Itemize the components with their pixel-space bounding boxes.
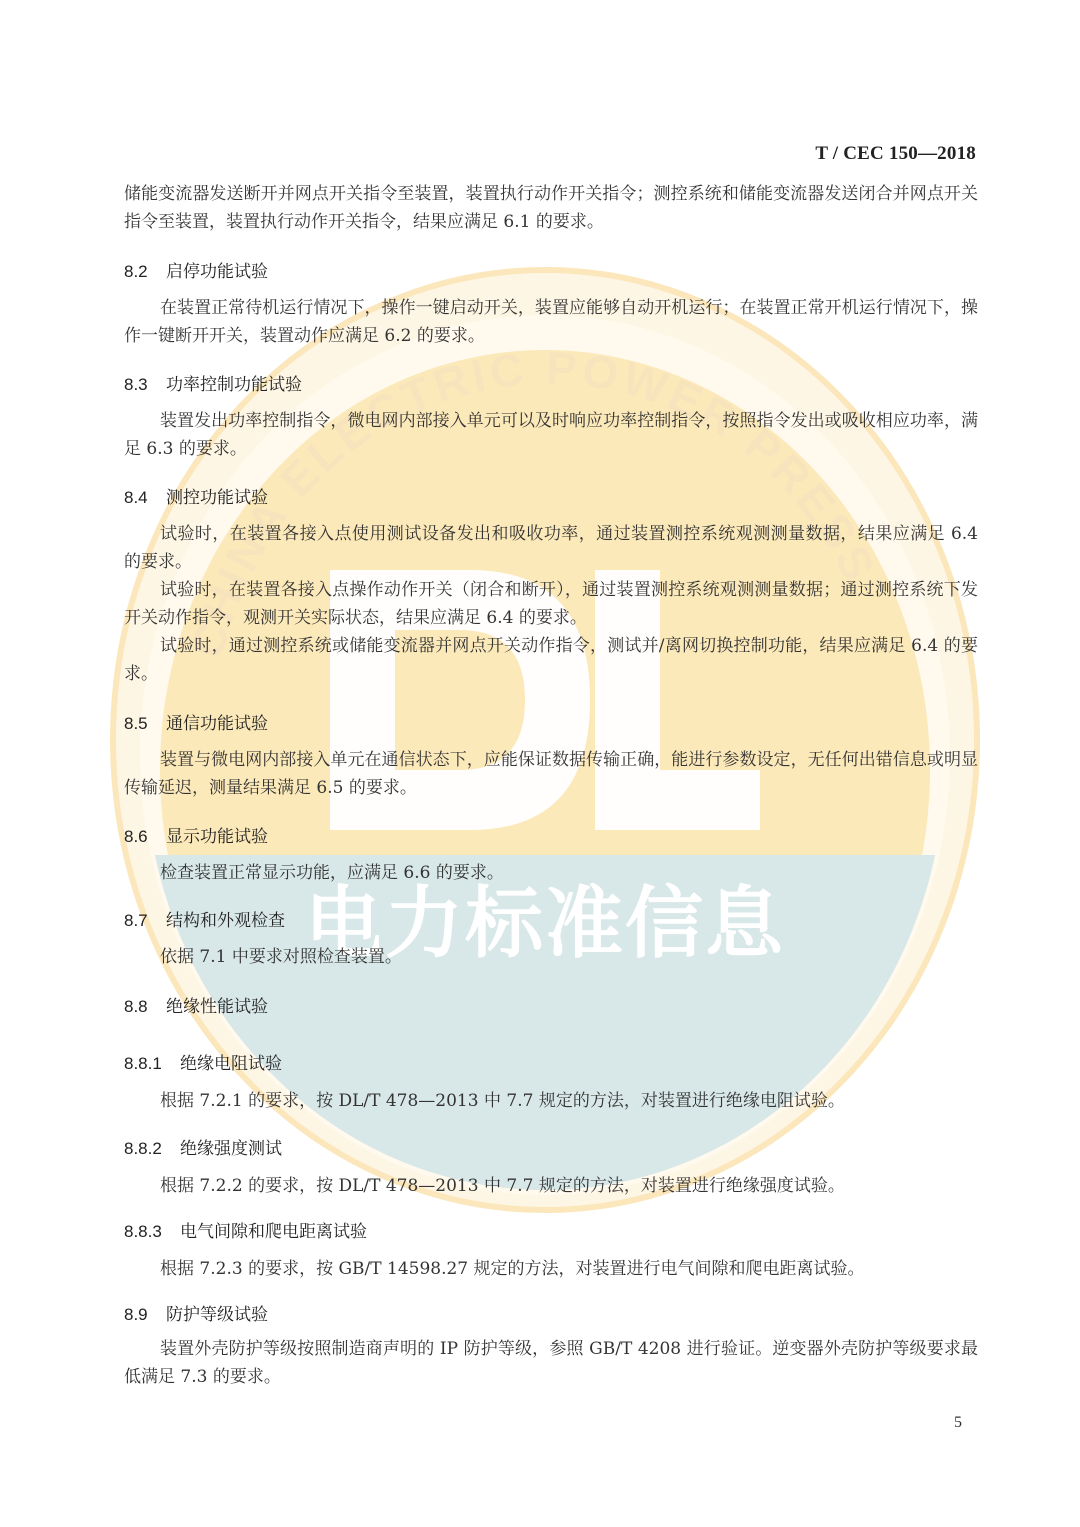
section-body-8-7: 依据 7.1 中要求对照检查装置。	[124, 943, 978, 971]
standard-code: T / CEC 150—2018	[815, 143, 976, 165]
page-number: 5	[954, 1414, 962, 1432]
section-heading-8-8: 8.8绝缘性能试验	[124, 992, 268, 1017]
section-heading-8-2: 8.2启停功能试验	[124, 257, 268, 282]
section-body-8-6: 检查装置正常显示功能，应满足 6.6 的要求。	[124, 859, 978, 887]
section-body-8-9: 装置外壳防护等级按照制造商声明的 IP 防护等级，参照 GB/T 4208 进行…	[124, 1335, 978, 1391]
section-heading-8-3: 8.3功率控制功能试验	[124, 370, 302, 395]
section-body-8-4: 试验时，在装置各接入点使用测试设备发出和吸收功率，通过装置测控系统观测测量数据，…	[124, 520, 978, 688]
section-body-8-8-3: 根据 7.2.3 的要求，按 GB/T 14598.27 规定的方法，对装置进行…	[124, 1255, 978, 1283]
section-heading-8-6: 8.6显示功能试验	[124, 822, 268, 847]
section-heading-8-4: 8.4测控功能试验	[124, 483, 268, 508]
section-body-8-5: 装置与微电网内部接入单元在通信状态下，应能保证数据传输正确，能进行参数设定，无任…	[124, 746, 978, 802]
continuation-paragraph: 储能变流器发送断开并网点开关指令至装置，装置执行动作开关指令；测控系统和储能变流…	[124, 180, 978, 236]
section-heading-8-8-2: 8.8.2绝缘强度测试	[124, 1134, 282, 1159]
section-heading-8-9: 8.9防护等级试验	[124, 1300, 268, 1325]
section-body-8-2: 在装置正常待机运行情况下，操作一键启动开关，装置应能够自动开机运行；在装置正常开…	[124, 294, 978, 350]
section-heading-8-5: 8.5通信功能试验	[124, 709, 268, 734]
section-body-8-8-1: 根据 7.2.1 的要求，按 DL/T 478—2013 中 7.7 规定的方法…	[124, 1087, 978, 1115]
section-heading-8-8-1: 8.8.1绝缘电阻试验	[124, 1049, 282, 1074]
section-body-8-8-2: 根据 7.2.2 的要求，按 DL/T 478—2013 中 7.7 规定的方法…	[124, 1172, 978, 1200]
section-heading-8-7: 8.7结构和外观检查	[124, 906, 285, 931]
document-page: T / CEC 150—2018 储能变流器发送断开并网点开关指令至装置，装置执…	[0, 0, 1080, 1527]
section-heading-8-8-3: 8.8.3电气间隙和爬电距离试验	[124, 1217, 367, 1242]
section-body-8-3: 装置发出功率控制指令，微电网内部接入单元可以及时响应功率控制指令，按照指令发出或…	[124, 407, 978, 463]
